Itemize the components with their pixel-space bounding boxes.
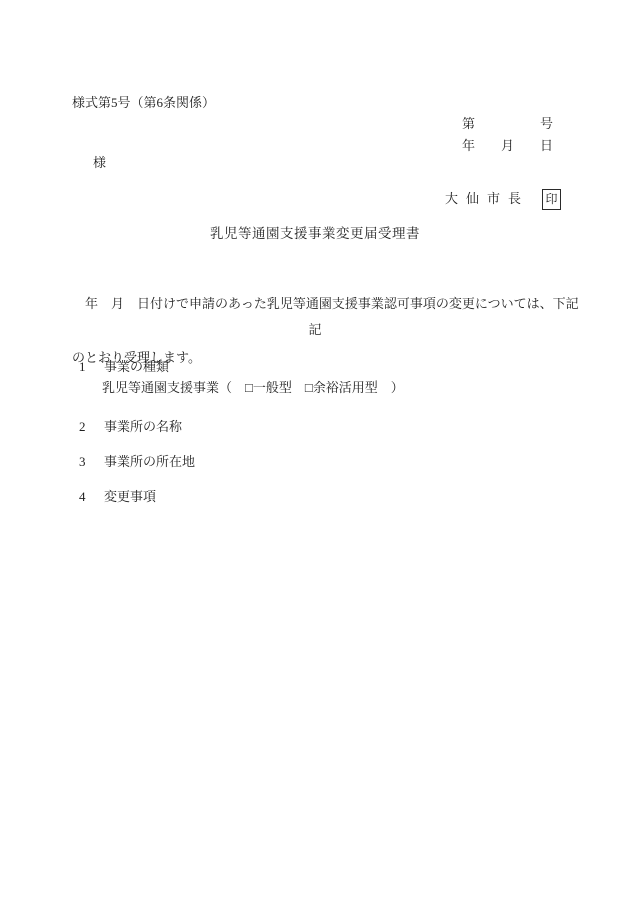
date-year-label: 年 [462,138,475,154]
document-title: 乳児等通園支援事業変更届受理書 [0,226,630,242]
item-label: 事業所の名称 [104,419,182,435]
body-line-1: 年 月 日付けで申請のあった乳児等通園支援事業認可事項の変更については、下記 [72,293,584,315]
seal-box: 印 [542,189,561,210]
item-number: 2 [79,419,104,435]
list-item-business-type: 1 事業の種類 [79,359,169,375]
list-item-office-location: 3 事業所の所在地 [79,454,195,470]
issuer-char: 長 [508,191,521,207]
issuer-char: 仙 [466,191,479,207]
addressee-label: 様 [93,155,106,171]
form-number-label: 様式第5号（第6条関係） [72,95,215,111]
doc-number-prefix: 第 [462,116,475,132]
list-item-business-type-detail: 乳児等通園支援事業（ □一般型 □余裕活用型 ） [102,380,404,396]
item-number: 3 [79,454,104,470]
item-number: 1 [79,359,104,375]
issuer-char: 大 [445,191,458,207]
issuer-line: 大 仙 市 長 印 [445,187,561,211]
list-item-change-details: 4 変更事項 [79,489,156,505]
date-day-label: 日 [540,138,553,154]
date-month-label: 月 [501,138,514,154]
item-label: 変更事項 [104,489,156,505]
doc-number-suffix: 号 [540,116,553,132]
record-marker: 記 [0,322,630,338]
document-number-line: 第 号 [462,116,553,132]
item-label: 事業の種類 [104,359,169,375]
item-number: 4 [79,489,104,505]
date-line: 年 月 日 [462,138,553,154]
issuer-char: 市 [487,191,500,207]
document-page: 様式第5号（第6条関係） 第 号 年 月 日 様 大 仙 市 長 印 乳児等通園… [0,0,630,903]
list-item-office-name: 2 事業所の名称 [79,419,182,435]
item-label: 事業所の所在地 [104,454,195,470]
